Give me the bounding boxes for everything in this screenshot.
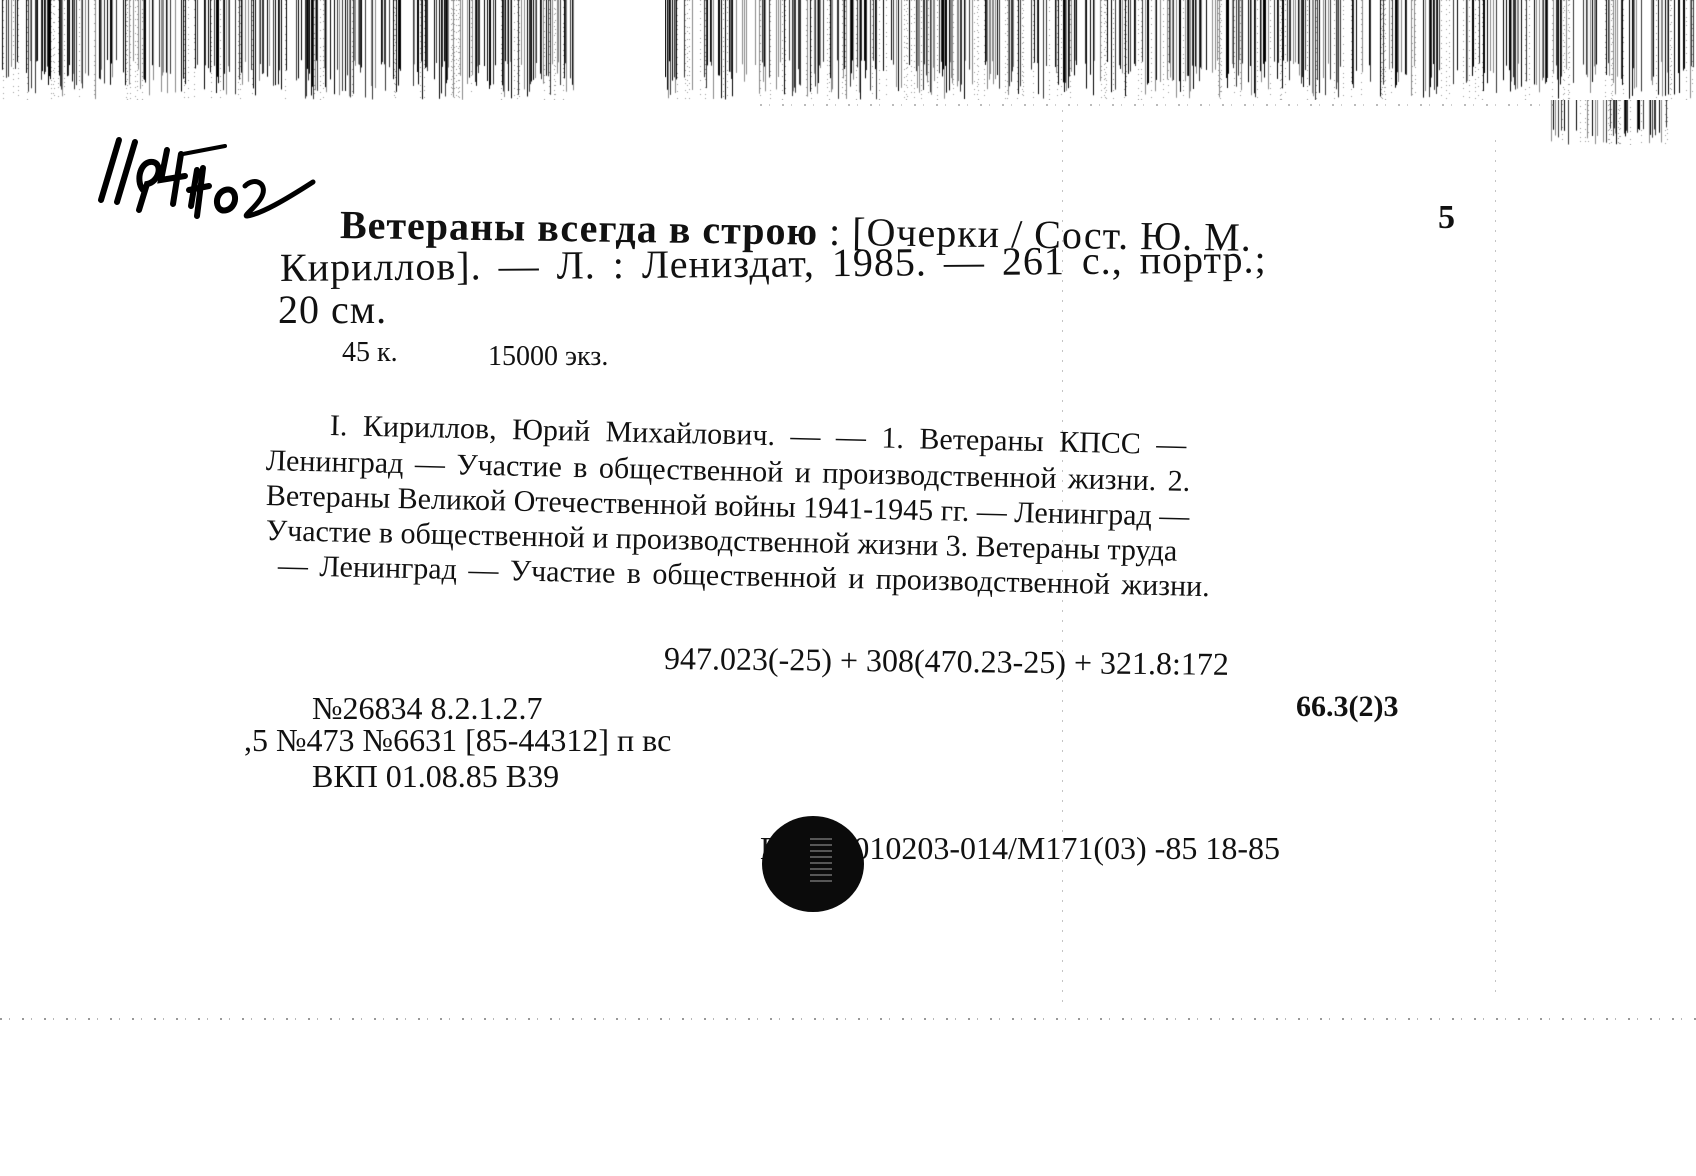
scan-fold-line	[1495, 140, 1496, 1000]
barcode-noise-right	[665, 0, 1695, 100]
scan-dotted-line-bottom	[0, 1018, 1696, 1020]
publication-line: Кириллов]. — Л. : Лениздат, 1985. — 261 …	[280, 237, 1267, 290]
print-run: 15000 экз.	[488, 341, 608, 373]
dimensions-line: 20 см.	[278, 288, 387, 332]
scan-dotted-line-top	[760, 104, 1560, 106]
record-order-line: ,5 №473 №6631 [85-44312] п вс	[244, 722, 671, 759]
udc-classification: 947.023(-25) + 308(470.23-25) + 321.8:17…	[664, 640, 1229, 683]
record-date-line: ВКП 01.08.85 В39	[312, 758, 559, 795]
barcode-noise-corner	[1550, 100, 1670, 145]
page-number: 5	[1438, 196, 1456, 240]
price: 45 к.	[342, 337, 398, 369]
bbk-classification: 66.3(2)3	[1296, 690, 1398, 724]
barcode-noise-left	[0, 0, 575, 100]
black-sticker-blot	[762, 816, 864, 912]
svg-text:1194/402: 1194/402	[85, 120, 145, 124]
handwritten-shelfmark: 1194/402	[85, 120, 325, 230]
